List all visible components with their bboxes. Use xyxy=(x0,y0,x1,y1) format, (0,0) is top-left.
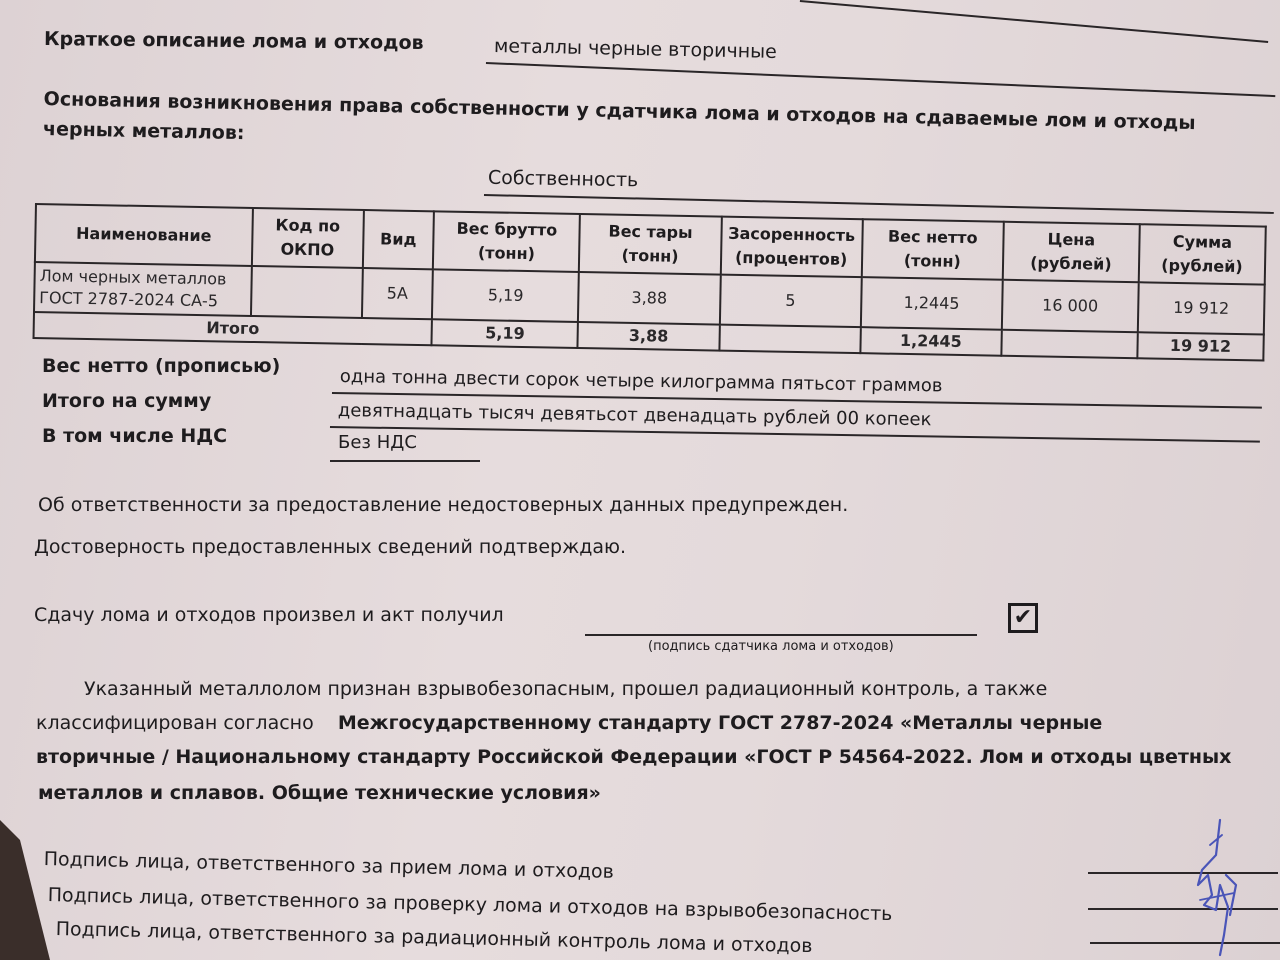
handover-label: Сдачу лома и отходов произвел и акт полу… xyxy=(34,604,504,626)
total-sum: 19 912 xyxy=(1137,332,1264,360)
scrap-table: Наименование Код по ОКПО Вид Вес брутто … xyxy=(33,203,1267,362)
cell-net: 1,2445 xyxy=(861,277,1003,330)
cell-contamination: 5 xyxy=(719,275,861,328)
total-contamination xyxy=(719,325,861,354)
handover-checkbox[interactable]: ✔ xyxy=(1008,603,1038,633)
cell-okpo xyxy=(251,266,363,318)
handover-signature-line[interactable] xyxy=(585,634,977,636)
net-words-label: Вес нетто (прописью) xyxy=(42,355,280,377)
cell-sum: 19 912 xyxy=(1138,282,1265,334)
ownership-basis-value: Собственность xyxy=(488,167,639,192)
total-gross: 5,19 xyxy=(432,319,579,348)
col-price: Цена (рублей) xyxy=(1003,222,1140,282)
cell-type: 5А xyxy=(362,268,433,319)
certification-line-1: Указанный металлолом признан взрывобезоп… xyxy=(84,678,1047,700)
cell-tare: 3,88 xyxy=(578,272,720,325)
handover-signature-caption: (подпись сдатчика лома и отходов) xyxy=(648,639,894,654)
col-name: Наименование xyxy=(35,204,253,266)
certification-line-2: классифицирован согласно Межгосударствен… xyxy=(36,712,1102,734)
col-net: Вес нетто (тонн) xyxy=(861,219,1003,280)
declaration-line-2: Достоверность предоставленных сведений п… xyxy=(34,536,626,558)
sum-words-label: Итого на сумму xyxy=(42,390,211,412)
vat-label: В том числе НДС xyxy=(42,425,227,447)
total-tare: 3,88 xyxy=(578,322,720,351)
short-description-label: Краткое описание лома и отходов xyxy=(44,28,424,54)
certification-line-2-plain: классифицирован согласно xyxy=(36,712,314,734)
col-contamination: Засоренность (процентов) xyxy=(720,217,862,278)
col-tare: Вес тары (тонн) xyxy=(579,214,721,275)
cell-name: Лом черных металлов ГОСТ 2787-2024 СА-5 xyxy=(34,262,252,316)
total-net: 1,2445 xyxy=(860,327,1002,356)
checkmark-icon: ✔ xyxy=(1014,607,1032,629)
col-sum: Сумма (рублей) xyxy=(1139,224,1266,284)
col-okpo: Код по ОКПО xyxy=(252,208,364,268)
handwritten-signature-icon xyxy=(1180,815,1260,960)
vat-value: Без НДС xyxy=(338,432,417,453)
declaration-line-1: Об ответственности за предоставление нед… xyxy=(38,494,848,516)
col-type: Вид xyxy=(363,210,435,269)
certification-line-4: металлов и сплавов. Общие технические ус… xyxy=(38,782,601,804)
certification-line-3: вторичные / Национальному стандарту Росс… xyxy=(36,746,1231,768)
cell-gross: 5,19 xyxy=(432,269,579,322)
certification-line-2-bold: Межгосударственному стандарту ГОСТ 2787-… xyxy=(338,712,1102,734)
cell-price: 16 000 xyxy=(1002,280,1139,332)
vat-underline xyxy=(330,460,480,462)
total-price xyxy=(1001,330,1138,358)
col-gross: Вес брутто (тонн) xyxy=(433,211,580,272)
